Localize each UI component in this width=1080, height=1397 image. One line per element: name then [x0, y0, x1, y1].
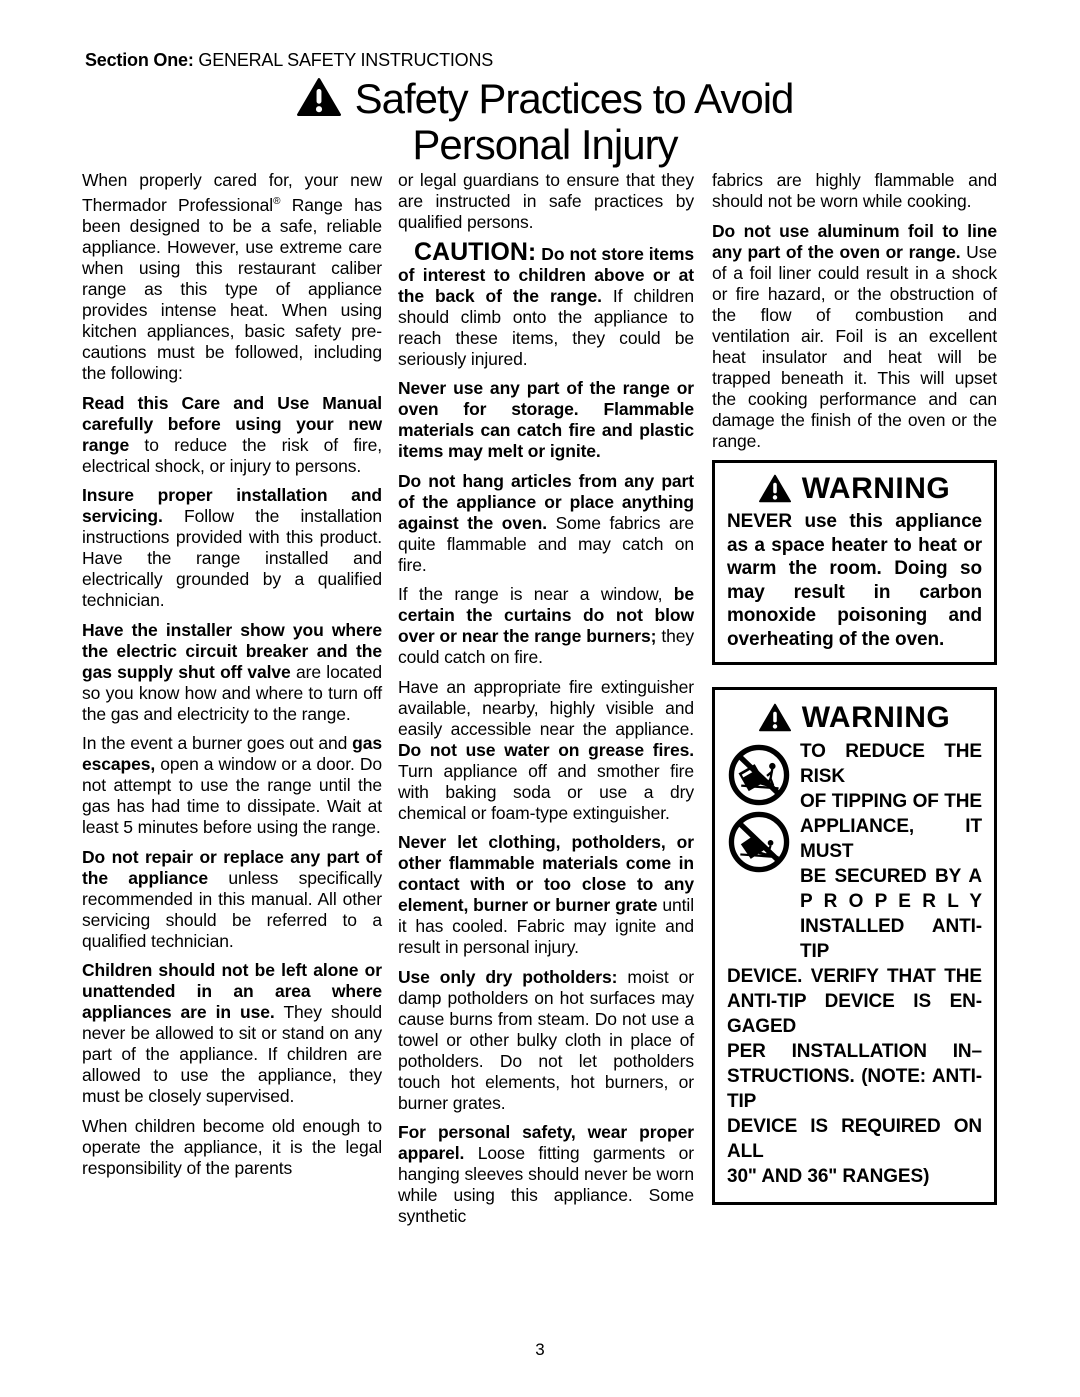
warning-text-line: ANTI-TIP DEVICE IS EN-GAGED — [727, 989, 982, 1039]
column-middle: or legal guardians to ensure that they a… — [398, 170, 694, 1236]
title-text-line1: Safety Practices to Avoid — [355, 75, 794, 122]
section-label: Section One: — [85, 50, 194, 70]
paragraph: Never let clothing, potholders, or other… — [398, 832, 694, 958]
paragraph: Never use any part of the range or oven … — [398, 378, 694, 462]
warning-text-line: DEVICE. VERIFY THAT THE — [727, 964, 982, 989]
paragraph: Read this Care and Use Manual carefully … — [82, 393, 382, 477]
warning-box-anti-tip: WARNING — [712, 687, 997, 1205]
page-number: 3 — [0, 1340, 1080, 1360]
warning-box-1-body: NEVER use this appliance as a space heat… — [727, 510, 982, 651]
page-title-line1: Safety Practices to Avoid — [82, 76, 1008, 122]
warning-text-line: BE SECURED BY A — [800, 864, 982, 889]
warning-text-line: OF TIPPING OF THE — [800, 789, 982, 814]
warning-box-2-title: WARNING — [727, 703, 982, 732]
warning-text-line: PER INSTALLATION IN– — [727, 1039, 982, 1064]
paragraph: Children should not be left alone or una… — [82, 960, 382, 1107]
warning-box-2-title-text: WARNING — [802, 707, 951, 728]
paragraph: Do not use aluminum foil to line any par… — [712, 221, 997, 452]
page-title: Safety Practices to Avoid Personal Injur… — [82, 76, 1008, 168]
paragraph: or legal guardians to ensure that they a… — [398, 170, 694, 233]
paragraph: CAUTION: Do not store items of interest … — [398, 242, 694, 370]
column-right-paragraphs: fabrics are highly flammable and should … — [712, 170, 997, 452]
tipping-range-child-icon — [727, 743, 791, 807]
warning-text-line: APPLIANCE, IT MUST — [800, 814, 982, 864]
warning-box-1-title: WARNING — [727, 474, 982, 503]
warning-triangle-icon — [297, 77, 341, 117]
paragraph: For personal safety, wear proper apparel… — [398, 1122, 694, 1227]
warning-text-line: 30" AND 36" RANGES) — [727, 1164, 982, 1189]
manual-page: Section One: GENERAL SAFETY INSTRUCTIONS… — [0, 0, 1080, 1397]
paragraph: When properly cared for, your new Therma… — [82, 170, 382, 384]
column-left: When properly cared for, your new Therma… — [82, 170, 382, 1187]
paragraph: Have an appropriate fire extinguisher av… — [398, 677, 694, 824]
paragraph: Use only dry potholders: moist or damp p… — [398, 967, 694, 1114]
section-header: Section One: GENERAL SAFETY INSTRUCTIONS — [85, 50, 493, 71]
paragraph: Do not hang articles from any part of th… — [398, 471, 694, 576]
title-text-line2: Personal Injury — [82, 122, 1008, 168]
paragraph: fabrics are highly flammable and should … — [712, 170, 997, 212]
column-right: fabrics are highly flammable and should … — [712, 170, 997, 1205]
paragraph: Have the installer show you where the el… — [82, 620, 382, 725]
warning-text-line: INSTALLED ANTI-TIP — [800, 914, 982, 964]
warning-box-space-heater: WARNING NEVER use this appliance as a sp… — [712, 460, 997, 665]
paragraph: In the event a burner goes out and gas e… — [82, 733, 382, 838]
warning-text-line: P R O P E R L Y — [800, 889, 982, 914]
paragraph: If the range is near a window, be certai… — [398, 584, 694, 668]
paragraph: Do not repair or replace any part of the… — [82, 847, 382, 952]
warning-text-line: DEVICE IS REQUIRED ON ALL — [727, 1114, 982, 1164]
warning-text-line: TO REDUCE THE RISK — [800, 739, 982, 789]
paragraph: When children become old enough to opera… — [82, 1116, 382, 1179]
warning-triangle-icon — [759, 703, 791, 732]
paragraph: Insure proper installation and servicing… — [82, 485, 382, 611]
warning-box-1-title-text: WARNING — [802, 478, 951, 499]
anti-tip-bottom-text: DEVICE. VERIFY THAT THEANTI-TIP DEVICE I… — [727, 964, 982, 1189]
warning-triangle-icon — [759, 474, 791, 503]
section-title: GENERAL SAFETY INSTRUCTIONS — [194, 50, 493, 70]
warning-text-line: STRUCTIONS. (NOTE: ANTI-TIP — [727, 1064, 982, 1114]
anti-tip-side-text: TO REDUCE THE RISKOF TIPPING OF THEAPPLI… — [800, 739, 982, 964]
tipping-range-spill-icon — [727, 810, 791, 874]
anti-tip-pictograms — [727, 739, 791, 964]
anti-tip-upper-row: TO REDUCE THE RISKOF TIPPING OF THEAPPLI… — [727, 739, 982, 964]
